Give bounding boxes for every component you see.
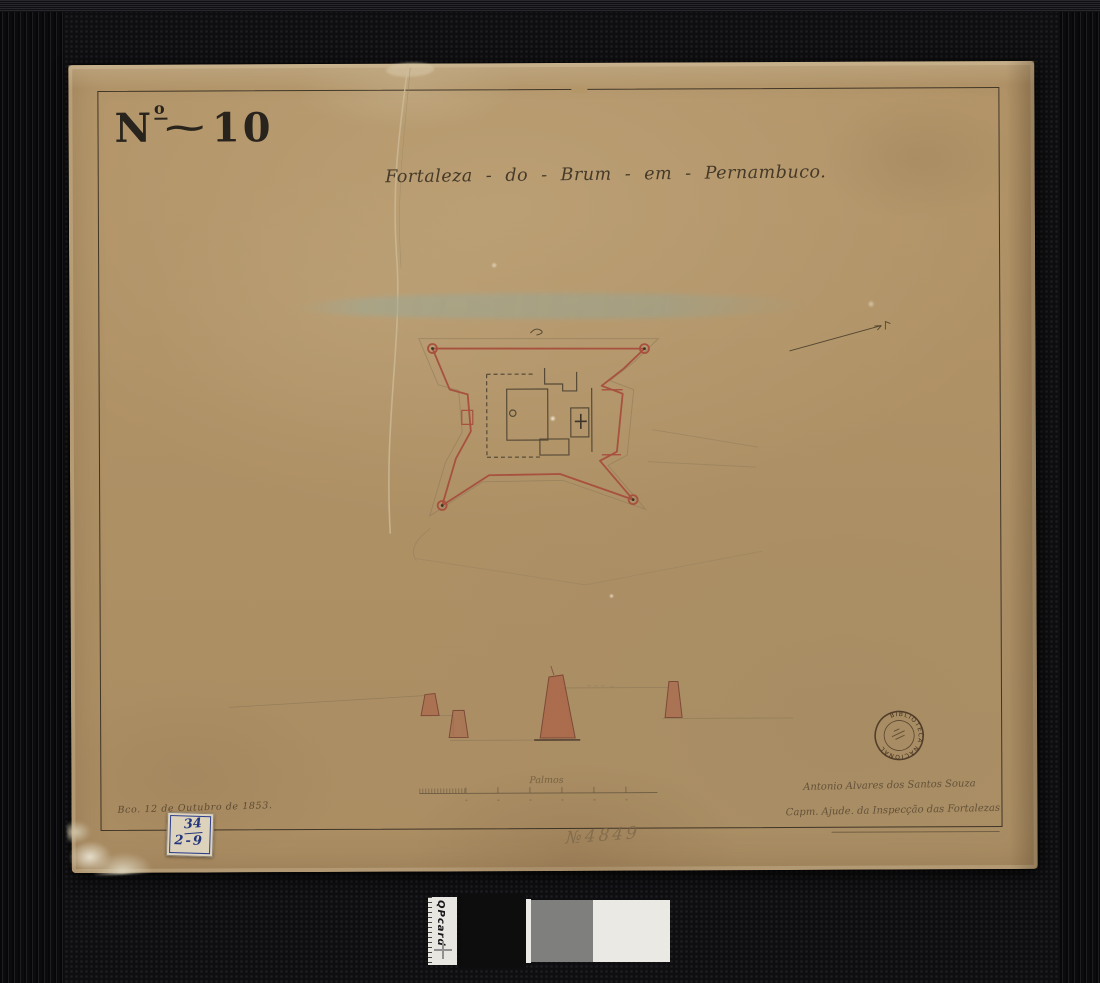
catalog-number-top: 34	[183, 816, 202, 834]
calibration-brand: QPcard	[435, 900, 446, 947]
barracks-outline	[487, 374, 540, 457]
calibration-card-label: QPcard	[428, 897, 457, 965]
profile-ground-lines	[229, 685, 793, 741]
calibration-gray-patch	[531, 900, 593, 962]
signature-block: Antonio Alvares dos Santos Souza Capm. A…	[785, 769, 1066, 825]
ink-border-gap	[571, 87, 587, 93]
catalog-number-bottom: 2-9	[174, 833, 209, 850]
south-room	[540, 439, 569, 455]
archive-number-dash: ~	[161, 110, 215, 145]
catalog-label: 34 2-9	[166, 812, 214, 857]
bearing-arrow-icon	[789, 322, 890, 351]
profile-flag	[551, 666, 554, 675]
inner-buildings	[487, 368, 592, 457]
profile-wall-b	[449, 710, 468, 737]
scale-major-ticks	[465, 790, 657, 791]
map-sheet: No~10 Fortaleza - do - Brum - em - Perna…	[68, 61, 1038, 873]
wall-profiles-drawing	[226, 650, 806, 761]
survey-marks	[530, 322, 890, 353]
catalog-label-inner: 34 2-9	[169, 815, 211, 854]
archive-number-letter: N	[114, 105, 154, 152]
profile-wall-a	[421, 693, 439, 715]
scanner-edge-right	[1060, 0, 1100, 983]
scanner-edge-left	[0, 0, 64, 983]
calibration-white-patch	[593, 900, 670, 962]
profile-walls	[421, 665, 682, 738]
pen-squiggle	[530, 329, 542, 335]
archive-number-digits: 10	[212, 104, 274, 151]
turret-dots	[431, 346, 646, 507]
ink-border-double-line	[832, 831, 1000, 833]
fort-plan-drawing	[379, 298, 900, 575]
profile-wall-main	[540, 675, 575, 738]
stamp-ring-text: BIBLIOTECA NACIONAL	[867, 703, 932, 768]
gate-opening	[462, 410, 473, 424]
archive-number: No~10	[114, 98, 273, 152]
paper-right-fold-shadow	[1006, 61, 1038, 869]
library-stamp: BIBLIOTECA NACIONAL	[871, 707, 927, 763]
crosshair-icon	[434, 941, 452, 959]
scale-baseline	[419, 793, 657, 794]
stamp-center-marks	[890, 727, 906, 740]
scan-canvas: { "archive_no": { "letter": "N", "ordina…	[0, 0, 1100, 983]
calibration-card: QPcard	[428, 893, 670, 969]
calibration-black-patch	[458, 894, 526, 968]
courtyard	[507, 389, 548, 440]
signature-rank: Capm. Ajude. da Inspecção das Fortalezas…	[785, 794, 1065, 825]
scale-bar: Palmos	[411, 768, 671, 805]
scanner-edge-top	[0, 0, 1100, 12]
chapel-cross-icon	[575, 414, 587, 429]
rampart-path	[432, 348, 645, 506]
pencil-inventory-number: №4849	[565, 823, 640, 849]
chapel-room	[571, 408, 589, 437]
calibration-ruler-ticks	[428, 897, 432, 965]
scale-numerals-faint	[465, 800, 657, 801]
svg-text:BIBLIOTECA NACIONAL: BIBLIOTECA NACIONAL	[867, 703, 932, 768]
scale-unit-label: Palmos	[528, 775, 563, 786]
north-rooms	[545, 368, 577, 391]
profile-wall-d	[665, 681, 682, 717]
covered-way-lines	[413, 429, 763, 586]
well-circle	[510, 410, 516, 416]
